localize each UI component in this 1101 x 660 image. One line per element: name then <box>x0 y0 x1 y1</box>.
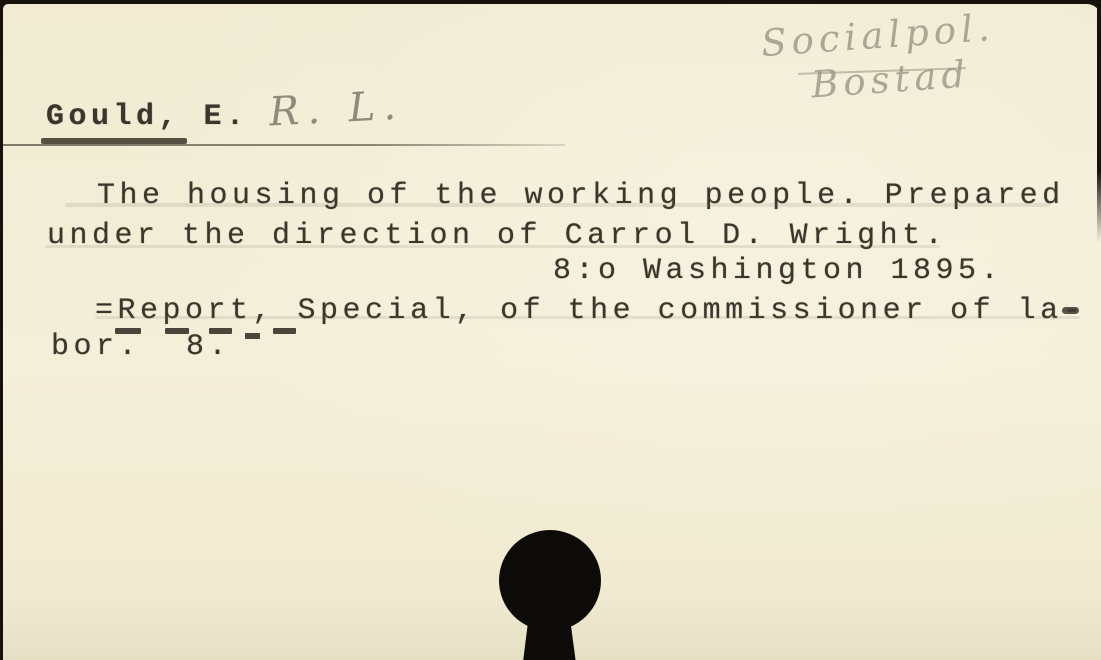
series-note-rest: Special, of the commissioner of la- <box>275 294 1085 328</box>
typewriter-ghost-streak <box>65 203 1050 207</box>
ink-blot <box>1062 307 1079 314</box>
handwritten-initials: R. L. <box>268 83 405 136</box>
card-edge-shadow <box>1097 4 1101 242</box>
pencil-annotation-keyword: Bostad <box>810 53 972 107</box>
title-line-1: The housing of the working people. Prepa… <box>97 179 1065 213</box>
series-equals-sign: = <box>95 294 118 328</box>
typewriter-ghost-streak <box>95 316 1080 319</box>
imprint-line: 8:o Washington 1895. <box>553 254 1003 288</box>
catalog-card-scan: Socialpol. Bostad Gould, E. R. L. The ho… <box>0 0 1101 660</box>
author-heading: Gould, E. <box>46 100 249 134</box>
series-note-line-1: =Report, Special, of the commissioner of… <box>95 294 1085 328</box>
series-note-line-2: bor. 8. <box>51 330 231 364</box>
heading-rule <box>3 144 565 146</box>
typewriter-ghost-streak <box>45 245 940 248</box>
underline-dash <box>245 333 260 339</box>
underline-dash <box>273 328 296 334</box>
index-card: Socialpol. Bostad Gould, E. R. L. The ho… <box>3 4 1101 660</box>
series-title-underlined: Report, <box>118 294 276 328</box>
